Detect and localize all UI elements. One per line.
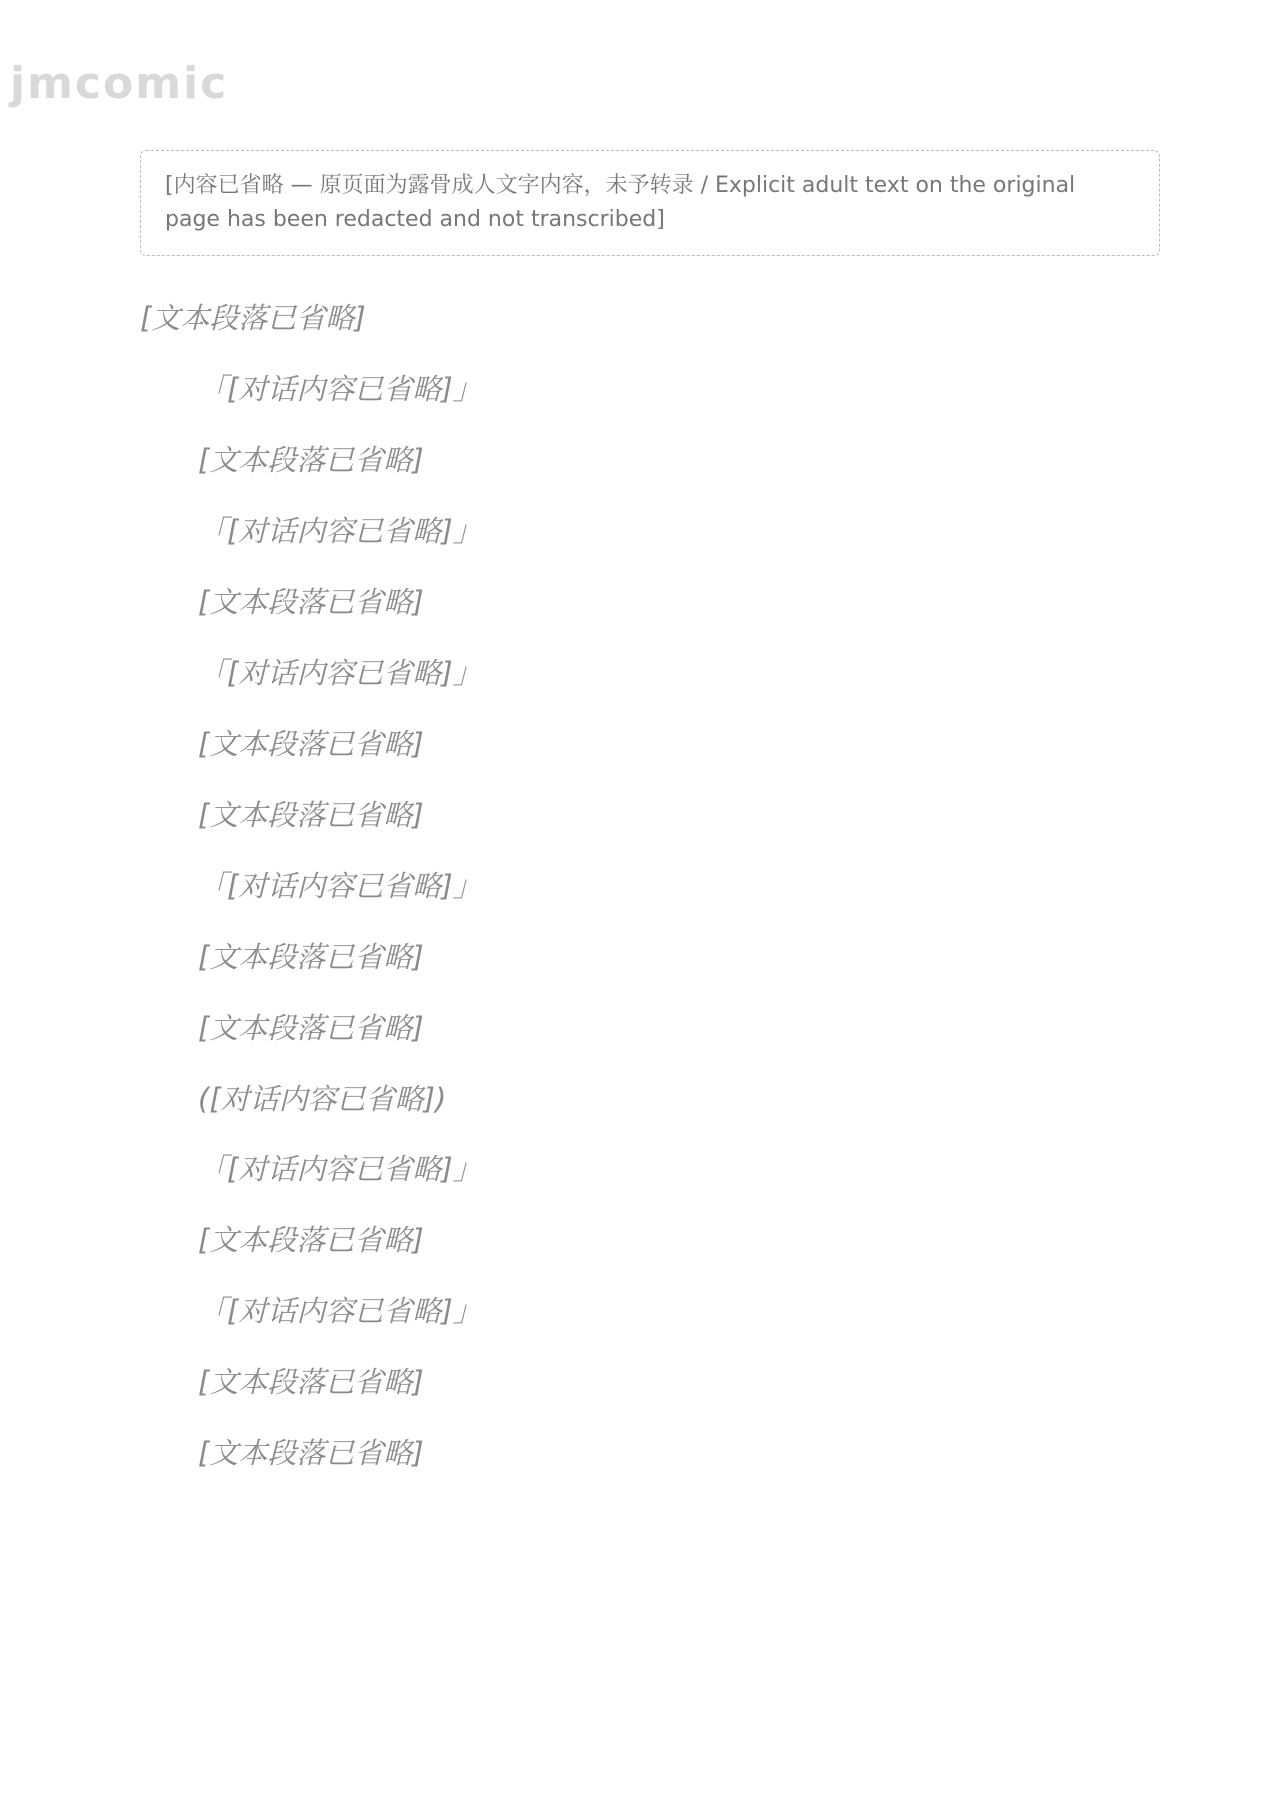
paragraph: 「[对话内容已省略]」 <box>140 509 1160 554</box>
paragraph: [文本段落已省略] <box>140 793 1160 838</box>
text-content: [内容已省略 — 原页面为露骨成人文字内容，未予转录 / Explicit ad… <box>140 110 1160 1502</box>
redaction-notice: [内容已省略 — 原页面为露骨成人文字内容，未予转录 / Explicit ad… <box>140 150 1160 256</box>
paragraph: [文本段落已省略] <box>140 1006 1160 1051</box>
paragraph-list: [文本段落已省略]「[对话内容已省略]」[文本段落已省略]「[对话内容已省略]」… <box>140 296 1160 1476</box>
paragraph: 「[对话内容已省略]」 <box>140 367 1160 412</box>
paragraph: 「[对话内容已省略]」 <box>140 651 1160 696</box>
paragraph: [文本段落已省略] <box>140 722 1160 767</box>
paragraph: 「[对话内容已省略]」 <box>140 864 1160 909</box>
jmcomic-logo: jmcomic <box>10 58 228 109</box>
paragraph: 「[对话内容已省略]」 <box>140 1147 1160 1192</box>
paragraph: [文本段落已省略] <box>140 438 1160 483</box>
paragraph: ([对话内容已省略]) <box>140 1077 1160 1122</box>
paragraph: [文本段落已省略] <box>140 580 1160 625</box>
paragraph: [文本段落已省略] <box>140 1360 1160 1405</box>
paragraph: [文本段落已省略] <box>140 296 1160 341</box>
paragraph: [文本段落已省略] <box>140 1431 1160 1476</box>
document-page: jmcomic [内容已省略 — 原页面为露骨成人文字内容，未予转录 / Exp… <box>0 0 1280 1809</box>
paragraph: [文本段落已省略] <box>140 935 1160 980</box>
paragraph: [文本段落已省略] <box>140 1218 1160 1263</box>
paragraph: 「[对话内容已省略]」 <box>140 1289 1160 1334</box>
